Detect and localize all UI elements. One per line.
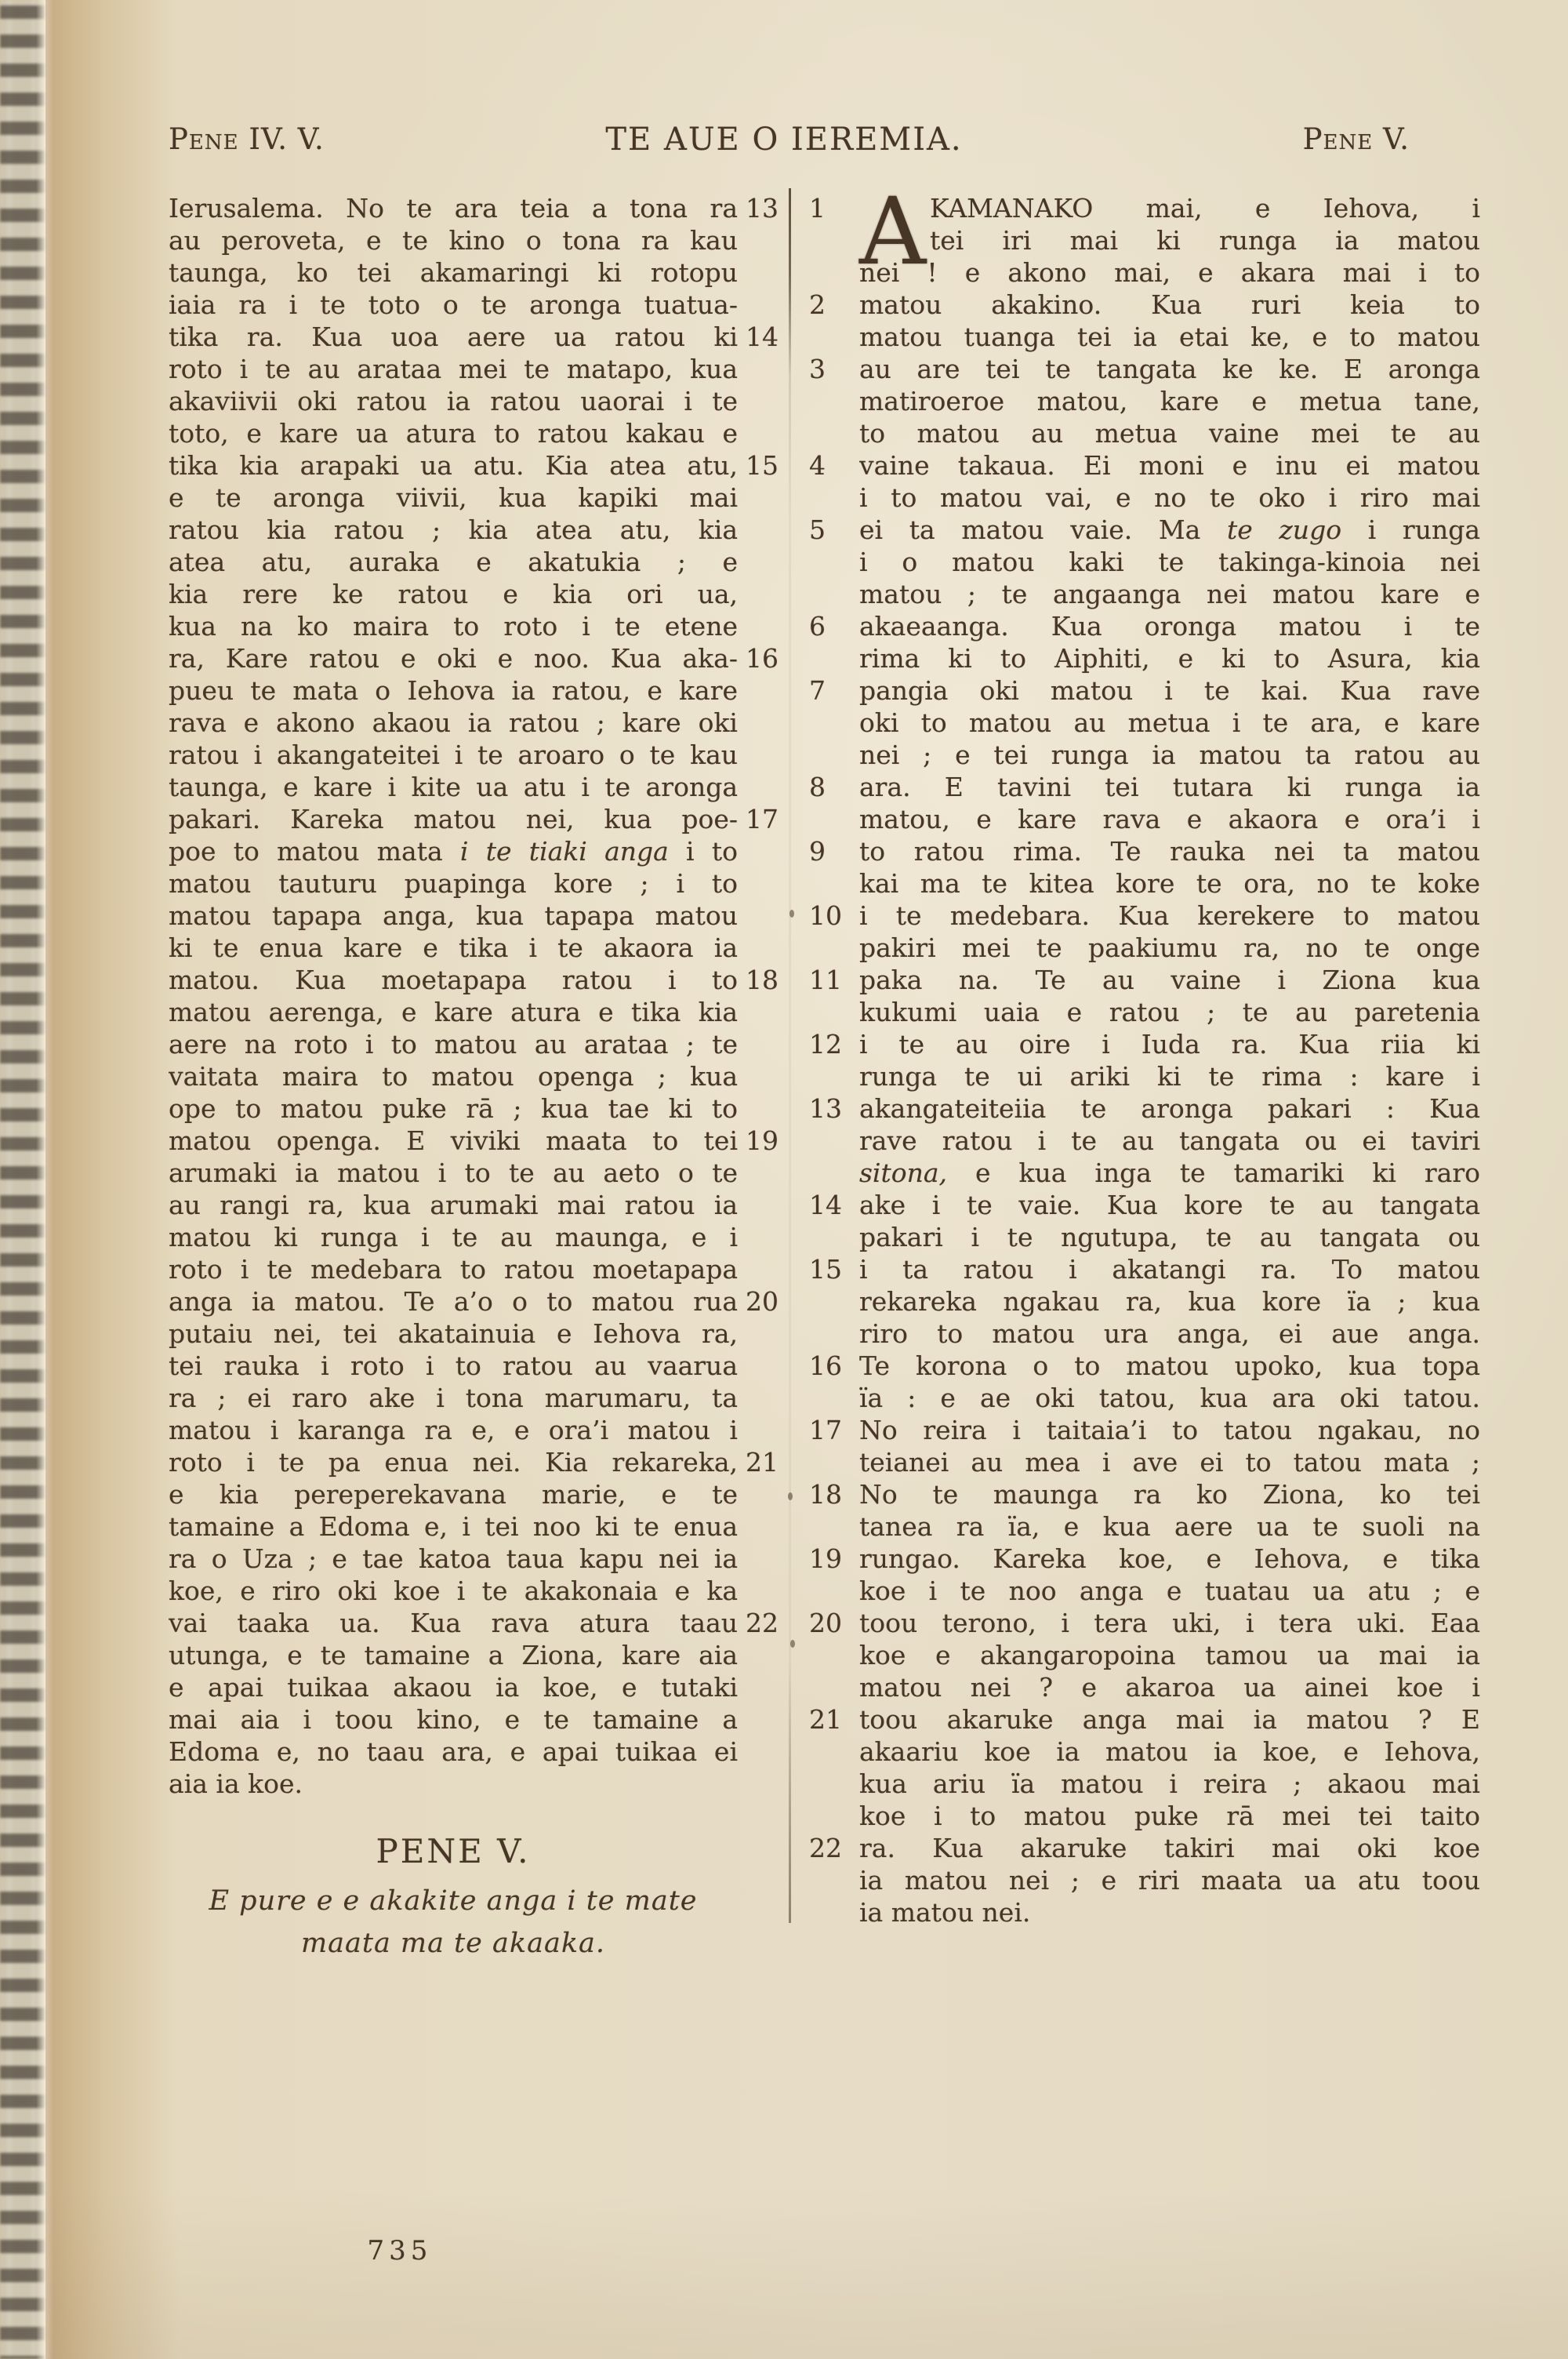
verse-number: 22 [738,1607,779,1639]
verse-number: 11 [809,964,859,996]
right-column-line: 6akaeaanga. Kua oronga matou i te [809,610,1480,642]
verse-number [738,1703,779,1736]
left-column-line: koe, e riro oki koe i te akakonaia e ka [169,1575,779,1607]
right-column-line: ia matou nei ; e riri maata ua atu toou [809,1864,1480,1896]
verse-number: 21 [809,1703,859,1736]
verse-number [809,1125,859,1157]
right-column-line: 14ake i te vaie. Kua kore te au tangata [809,1189,1480,1221]
verse-number [738,1543,779,1575]
verse-text: teianei au mea i ave ei to tatou mata ; [859,1446,1480,1478]
verse-text: vai taaka ua. Kua rava atura taau [169,1607,738,1639]
left-column-line: matou openga. E viviki maata to tei19 [169,1125,779,1157]
verse-text: koe i to matou puke rā mei tei taito [859,1800,1480,1832]
verse-number [738,1639,779,1671]
verse-number [738,546,779,578]
right-column-line: kukumi uaia e ratou ; te au paretenia [809,996,1480,1028]
verse-number [738,1510,779,1543]
verse-text: No te maunga ra ko Ziona, ko tei [859,1478,1480,1510]
verse-number [738,1253,779,1285]
verse-number: 12 [809,1028,859,1060]
verse-number [738,1575,779,1607]
verse-text: sitona, e kua inga te tamariki ki raro [859,1157,1480,1189]
verse-number [809,1800,859,1832]
verse-number [809,707,859,739]
left-column-line: e kia pereperekavana marie, e te [169,1478,779,1510]
verse-number [738,385,779,417]
verse-text: riro to matou ura anga, ei aue anga. [859,1318,1480,1350]
verse-number [738,256,779,289]
right-column-line: 13akangateiteiia te aronga pakari : Kua [809,1092,1480,1125]
verse-text: au are tei te tangata ke ke. E aronga [859,353,1480,385]
verse-number [809,1060,859,1092]
verse-number: 10 [809,900,859,932]
verse-text: ratou kia ratou ; kia atea atu, kia [169,514,738,546]
verse-number [738,1768,779,1800]
left-column-line: roto i te pa enua nei. Kia rekareka,21 [169,1446,779,1478]
verse-number [809,578,859,610]
verse-text: rungao. Kareka koe, e Iehova, e tika [859,1543,1480,1575]
verse-number [809,482,859,514]
running-head-right: Pene V. [1223,119,1410,160]
verse-text: poe to matou mata i te tiaki anga i to [169,835,738,867]
verse-number [809,1221,859,1253]
verse-number [738,1414,779,1446]
verse-text: ki te enua kare e tika i te akaora ia [169,932,738,964]
verse-number: 21 [738,1446,779,1478]
verse-text: nei ! e akono mai, e akara mai i to [859,256,1480,289]
verse-text: ra, Kare ratou e oki e noo. Kua aka- [169,642,738,674]
left-column-line: poe to matou mata i te tiaki anga i to [169,835,779,867]
right-column-line: 3au are tei te tangata ke ke. E aronga [809,353,1480,385]
right-column-line: 20toou terono, i tera uki, i tera uki. E… [809,1607,1480,1639]
column-divider-rule [789,188,791,1923]
verse-text: to ratou rima. Te rauka nei ta matou [859,835,1480,867]
verse-text: aia ia koe. [169,1768,738,1800]
verse-text: i ta ratou i akatangi ra. To matou [859,1253,1480,1285]
verse-text: tika ra. Kua uoa aere ua ratou ki [169,321,738,353]
verse-number [738,996,779,1028]
right-column-line: akaariu koe ia matou ia koe, e Iehova, [809,1736,1480,1768]
verse-text: paka na. Te au vaine i Ziona kua [859,964,1480,996]
right-column-line: runga te ui ariki ki te rima : kare i [809,1060,1480,1092]
verse-number: 17 [809,1414,859,1446]
right-text-column: A 1KAMANAKO mai, e Iehova, itei iri mai … [809,192,1480,1928]
verse-number [809,1318,859,1350]
verse-number [738,1478,779,1510]
verse-text: anga ia matou. Te a’o o to matou rua [169,1285,738,1318]
verse-text: ra o Uza ; e tae katoa taua kapu nei ia [169,1543,738,1575]
verse-text: rima ki to Aiphiti, e ki to Asura, kia [859,642,1480,674]
verse-text: matou tapapa anga, kua tapapa matou [169,900,738,932]
verse-text: matou tauturu puapinga kore ; i to [169,867,738,900]
right-column-line: teianei au mea i ave ei to tatou mata ; [809,1446,1480,1478]
left-column-line: ra, Kare ratou e oki e noo. Kua aka-16 [169,642,779,674]
left-column-line: aere na roto i to matou au arataa ; te [169,1028,779,1060]
left-column-line: au rangi ra, kua arumaki mai ratou ia [169,1189,779,1221]
verse-number [738,1157,779,1189]
verse-number: 16 [738,642,779,674]
left-text-column: Ierusalema. No te ara teia a tona ra13au… [169,192,779,1800]
verse-number: 19 [738,1125,779,1157]
left-column-line: taunga, ko tei akamaringi ki rotopu [169,256,779,289]
verse-text: rava e akono akaou ia ratou ; kare oki [169,707,738,739]
verse-number [738,578,779,610]
verse-text: putaiu nei, tei akatainuia e Iehova ra, [169,1318,738,1350]
verse-text: oki to matou au metua i te ara, e kare [859,707,1480,739]
verse-text: au peroveta, e te kino o tona ra kau [169,224,738,256]
verse-text: ia matou nei. [859,1896,1480,1928]
left-column-line: e apai tuikaa akaou ia koe, e tutaki [169,1671,779,1703]
paper-speck [790,1640,795,1648]
verse-text: koe e akangaropoina tamou ua mai ia [859,1639,1480,1671]
verse-number [738,1671,779,1703]
right-column-line: matou nei ? e akaroa ua ainei koe i [809,1671,1480,1703]
verse-number: 5 [809,514,859,546]
left-column-line: Edoma e, no taau ara, e apai tuikaa ei [169,1736,779,1768]
verse-text: tanea ra ïa, e kua aere ua te suoli na [859,1510,1480,1543]
left-column-line: tika kia arapaki ua atu. Kia atea atu,15 [169,449,779,482]
verse-text: ra. Kua akaruke takiri mai oki koe [859,1832,1480,1864]
verse-text: ei ta matou vaie. Ma te zugo i runga [859,514,1480,546]
verse-text: utunga, e te tamaine a Ziona, kare aia [169,1639,738,1671]
verse-number [809,1864,859,1896]
right-column-line: 2matou akakino. Kua ruri keia to [809,289,1480,321]
verse-text: matou ; te angaanga nei matou kare e [859,578,1480,610]
right-column-line: ia matou nei. [809,1896,1480,1928]
right-column-line: 17No reira i taitaia’i to tatou ngakau, … [809,1414,1480,1446]
left-column-line: matou aerenga, e kare atura e tika kia [169,996,779,1028]
verse-number [738,867,779,900]
verse-text: pakari. Kareka matou nei, kua poe- [169,803,738,835]
left-column-line: arumaki ia matou i to te au aeto o te [169,1157,779,1189]
left-column-line: ki te enua kare e tika i te akaora ia [169,932,779,964]
verse-text: kua na ko maira to roto i te etene [169,610,738,642]
left-column-line: e te aronga viivii, kua kapiki mai [169,482,779,514]
right-column-line: to matou au metua vaine mei te au [809,417,1480,449]
right-column-line: rekareka ngakau ra, kua kore ïa ; kua [809,1285,1480,1318]
right-column-line: i to matou vai, e no te oko i riro mai [809,482,1480,514]
verse-text: kukumi uaia e ratou ; te au paretenia [859,996,1480,1028]
verse-number [738,707,779,739]
left-column-line: matou tapapa anga, kua tapapa matou [169,900,779,932]
verse-number: 18 [738,964,779,996]
right-column-line: rave ratou i te au tangata ou ei taviri [809,1125,1480,1157]
verse-number [738,1736,779,1768]
left-column-line: akaviivii oki ratou ia ratou uaorai i te [169,385,779,417]
left-column-line: ratou i akangateitei i te aroaro o te ka… [169,739,779,771]
right-column-line: kai ma te kitea kore te ora, no te koke [809,867,1480,900]
verse-number: 17 [738,803,779,835]
verse-text: roto i te medebara to ratou moetapapa [169,1253,738,1285]
verse-number [809,803,859,835]
verse-text: nei ; e tei runga ia matou ta ratou au [859,739,1480,771]
verse-number [809,546,859,578]
left-column-line: rava e akono akaou ia ratou ; kare oki [169,707,779,739]
verse-number [738,514,779,546]
verse-number [738,1350,779,1382]
verse-text: toto, e kare ua atura to ratou kakau e [169,417,738,449]
right-column-line: nei ; e tei runga ia matou ta ratou au [809,739,1480,771]
right-column-line: i o matou kaki te takinga-kinoia nei [809,546,1480,578]
verse-text: akangateiteiia te aronga pakari : Kua [859,1092,1480,1125]
verse-text: matiroeroe matou, kare e metua tane, [859,385,1480,417]
verse-number: 20 [809,1607,859,1639]
verse-number: 19 [809,1543,859,1575]
verse-text: i o matou kaki te takinga-kinoia nei [859,546,1480,578]
left-column-line: pueu te mata o Iehova ia ratou, e kare [169,674,779,707]
right-column-line: matiroeroe matou, kare e metua tane, [809,385,1480,417]
verse-number [809,996,859,1028]
verse-text: Edoma e, no taau ara, e apai tuikaa ei [169,1736,738,1768]
verse-number [809,867,859,900]
verse-number [809,1157,859,1189]
page-number: 735 [169,2235,631,2266]
right-column-line: 11paka na. Te au vaine i Ziona kua [809,964,1480,996]
left-column-line: toto, e kare ua atura to ratou kakau e [169,417,779,449]
right-column-line: matou, e kare rava e akaora e ora’i i [809,803,1480,835]
verse-number [738,900,779,932]
verse-text: ara. E tavini tei tutara ki runga ia [859,771,1480,803]
right-column-line: 5ei ta matou vaie. Ma te zugo i runga [809,514,1480,546]
verse-text: vaitata maira to matou openga ; kua [169,1060,738,1092]
verse-text: matou openga. E viviki maata to tei [169,1125,738,1157]
verse-text: au rangi ra, kua arumaki mai ratou ia [169,1189,738,1221]
verse-number: 15 [738,449,779,482]
verse-number [809,932,859,964]
verse-number [738,1060,779,1092]
verse-number [738,289,779,321]
left-column-line: tamaine a Edoma e, i tei noo ki te enua [169,1510,779,1543]
verse-number: 13 [809,1092,859,1125]
verse-number: 15 [809,1253,859,1285]
verse-text: mai aia i toou kino, e te tamaine a [169,1703,738,1736]
verse-text: matou, e kare rava e akaora e ora’i i [859,803,1480,835]
right-column-line: 12i te au oire i Iuda ra. Kua riia ki [809,1028,1480,1060]
chapter-heading: PENE V. [169,1832,738,1870]
verse-text: pueu te mata o Iehova ia ratou, e kare [169,674,738,707]
right-column-line: 9to ratou rima. Te rauka nei ta matou [809,835,1480,867]
verse-number [809,321,859,353]
verse-number [738,353,779,385]
paper-speck [789,910,794,918]
verse-number [738,1028,779,1060]
verse-number: 4 [809,449,859,482]
right-column-line: 10i te medebara. Kua kerekere to matou [809,900,1480,932]
verse-text: matou i karanga ra e, e ora’i matou i [169,1414,738,1446]
verse-number [809,1896,859,1928]
verse-number [809,1510,859,1543]
verse-number [809,417,859,449]
verse-number [809,1285,859,1318]
verse-number [809,256,859,289]
right-column-line: rima ki to Aiphiti, e ki to Asura, kia [809,642,1480,674]
right-column-line: koe i te noo anga e tuatau ua atu ; e [809,1575,1480,1607]
verse-text: i te medebara. Kua kerekere to matou [859,900,1480,932]
verse-text: toou terono, i tera uki, i tera uki. Eaa [859,1607,1480,1639]
verse-number [738,739,779,771]
left-column-line: kua na ko maira to roto i te etene [169,610,779,642]
verse-text: toou akaruke anga mai ia matou ? E [859,1703,1480,1736]
verse-number [738,224,779,256]
right-column-line: koe i to matou puke rā mei tei taito [809,1800,1480,1832]
left-column-line: aia ia koe. [169,1768,779,1800]
drop-cap-letter: A [859,194,926,269]
verse-text: ia matou nei ; e riri maata ua atu toou [859,1864,1480,1896]
chapter-subtitle-line1: E pure e e akakite anga i te mate [153,1885,753,1917]
verse-number: 14 [738,321,779,353]
verse-number [738,417,779,449]
left-column-line: pakari. Kareka matou nei, kua poe-17 [169,803,779,835]
verse-number [738,610,779,642]
verse-number [809,642,859,674]
right-column-line: 15i ta ratou i akatangi ra. To matou [809,1253,1480,1285]
verse-text: matou akakino. Kua ruri keia to [859,289,1480,321]
verse-number: 8 [809,771,859,803]
verse-text: koe, e riro oki koe i te akakonaia e ka [169,1575,738,1607]
verse-text: kai ma te kitea kore te ora, no te koke [859,867,1480,900]
verse-number [738,1092,779,1125]
right-column-line: 7pangia oki matou i te kai. Kua rave [809,674,1480,707]
page-edge-highlight [36,0,53,2359]
verse-text: ratou i akangateitei i te aroaro o te ka… [169,739,738,771]
right-column-line: kua ariu ïa matou i reira ; akaou mai [809,1768,1480,1800]
verse-number: 6 [809,610,859,642]
verse-text: matou aerenga, e kare atura e tika kia [169,996,738,1028]
left-column-line: vai taaka ua. Kua rava atura taau22 [169,1607,779,1639]
right-column-line: 4vaine takaua. Ei moni e inu ei matou [809,449,1480,482]
left-column-line: taunga, e kare i kite ua atu i te aronga [169,771,779,803]
verse-text: tei iri mai ki runga ia matou [859,224,1480,256]
right-column-line: 22ra. Kua akaruke takiri mai oki koe [809,1832,1480,1864]
verse-number: 1 [809,192,859,224]
chapter-subtitle-line2: maata ma te akaaka. [153,1928,753,1959]
verse-text: koe i te noo anga e tuatau ua atu ; e [859,1575,1480,1607]
left-column-line: iaia ra i te toto o te aronga tuatua- [169,289,779,321]
verse-number [738,1189,779,1221]
verse-text: tamaine a Edoma e, i tei noo ki te enua [169,1510,738,1543]
verse-text: runga te ui ariki ki te rima : kare i [859,1060,1480,1092]
left-column-line: anga ia matou. Te a’o o to matou rua20 [169,1285,779,1318]
verse-text: i te au oire i Iuda ra. Kua riia ki [859,1028,1480,1060]
right-column-line: pakari i te ngutupa, te au tangata ou [809,1221,1480,1253]
verse-number [738,482,779,514]
right-column-line: 8ara. E tavini tei tutara ki runga ia [809,771,1480,803]
right-column-line: 18No te maunga ra ko Ziona, ko tei [809,1478,1480,1510]
verse-number [809,224,859,256]
verse-text: ake i te vaie. Kua kore te au tangata [859,1189,1480,1221]
right-column-line: matou ; te angaanga nei matou kare e [809,578,1480,610]
verse-number: 14 [809,1189,859,1221]
verse-text: matou tuanga tei ia etai ke, e to matou [859,321,1480,353]
verse-text: akaeaanga. Kua oronga matou i te [859,610,1480,642]
verse-number: 20 [738,1285,779,1318]
paper-speck [788,1492,793,1500]
verse-number [809,1768,859,1800]
right-column-line: 19rungao. Kareka koe, e Iehova, e tika [809,1543,1480,1575]
verse-number [809,1671,859,1703]
verse-number: 9 [809,835,859,867]
left-column-line: Ierusalema. No te ara teia a tona ra13 [169,192,779,224]
verse-text: Ierusalema. No te ara teia a tona ra [169,192,738,224]
verse-number [809,739,859,771]
right-column-line: 16Te korona o to matou upoko, kua topa [809,1350,1480,1382]
left-column-line: utunga, e te tamaine a Ziona, kare aia [169,1639,779,1671]
left-column-line: ope to matou puke rā ; kua tae ki to [169,1092,779,1125]
verse-text: e te aronga viivii, kua kapiki mai [169,482,738,514]
left-column-line: tei rauka i roto i to ratou au vaarua [169,1350,779,1382]
verse-text: matou nei ? e akaroa ua ainei koe i [859,1671,1480,1703]
verse-text: matou ki runga i te au maunga, e i [169,1221,738,1253]
verse-number [738,835,779,867]
verse-number [809,1736,859,1768]
verse-text: to matou au metua vaine mei te au [859,417,1480,449]
verse-number [738,1382,779,1414]
verse-text: ra ; ei raro ake i tona marumaru, ta [169,1382,738,1414]
verse-number [738,932,779,964]
left-column-line: roto i te au arataa mei te matapo, kua [169,353,779,385]
verse-text: kua ariu ïa matou i reira ; akaou mai [859,1768,1480,1800]
left-column-line: ra o Uza ; e tae katoa taua kapu nei ia [169,1543,779,1575]
left-column-line: mai aia i toou kino, e te tamaine a [169,1703,779,1736]
verse-text: matou. Kua moetapapa ratou i to [169,964,738,996]
verse-number [809,1575,859,1607]
right-column-line: koe e akangaropoina tamou ua mai ia [809,1639,1480,1671]
verse-number: 7 [809,674,859,707]
verse-text: pakiri mei te paakiumu ra, no te onge [859,932,1480,964]
left-column-line: matou tauturu puapinga kore ; i to [169,867,779,900]
verse-number [809,385,859,417]
right-column-line: riro to matou ura anga, ei aue anga. [809,1318,1480,1350]
right-column-line: sitona, e kua inga te tamariki ki raro [809,1157,1480,1189]
verse-number: 3 [809,353,859,385]
verse-text: taunga, e kare i kite ua atu i te aronga [169,771,738,803]
verse-text: aere na roto i to matou au arataa ; te [169,1028,738,1060]
right-column-line: ïa : e ae oki tatou, kua ara oki tatou. [809,1382,1480,1414]
verse-text: taunga, ko tei akamaringi ki rotopu [169,256,738,289]
verse-text: roto i te pa enua nei. Kia rekareka, [169,1446,738,1478]
verse-text: Te korona o to matou upoko, kua topa [859,1350,1480,1382]
right-column-line: matou tuanga tei ia etai ke, e to matou [809,321,1480,353]
verse-text: akaviivii oki ratou ia ratou uaorai i te [169,385,738,417]
verse-number [738,674,779,707]
verse-number: 13 [738,192,779,224]
verse-text: akaariu koe ia matou ia koe, e Iehova, [859,1736,1480,1768]
left-column-line: roto i te medebara to ratou moetapapa [169,1253,779,1285]
running-head-title: TE AUE O IEREMIA. [549,119,1019,160]
left-column-line: matou i karanga ra e, e ora’i matou i [169,1414,779,1446]
verse-text: vaine takaua. Ei moni e inu ei matou [859,449,1480,482]
verse-number: 22 [809,1832,859,1864]
verse-number [809,1382,859,1414]
verse-text: arumaki ia matou i to te au aeto o te [169,1157,738,1189]
verse-number [809,1446,859,1478]
verse-number: 16 [809,1350,859,1382]
verse-text: ïa : e ae oki tatou, kua ara oki tatou. [859,1382,1480,1414]
left-column-line: ra ; ei raro ake i tona marumaru, ta [169,1382,779,1414]
verse-number: 18 [809,1478,859,1510]
left-column-line: au peroveta, e te kino o tona ra kau [169,224,779,256]
verse-number: 2 [809,289,859,321]
left-column-line: matou ki runga i te au maunga, e i [169,1221,779,1253]
verse-text: rekareka ngakau ra, kua kore ïa ; kua [859,1285,1480,1318]
verse-text: tika kia arapaki ua atu. Kia atea atu, [169,449,738,482]
running-head-left: Pene IV. V. [169,119,419,160]
verse-number [738,771,779,803]
verse-text: KAMANAKO mai, e Iehova, i [859,192,1480,224]
verse-text: pakari i te ngutupa, te au tangata ou [859,1221,1480,1253]
right-column-line: oki to matou au metua i te ara, e kare [809,707,1480,739]
verse-text: ope to matou puke rā ; kua tae ki to [169,1092,738,1125]
